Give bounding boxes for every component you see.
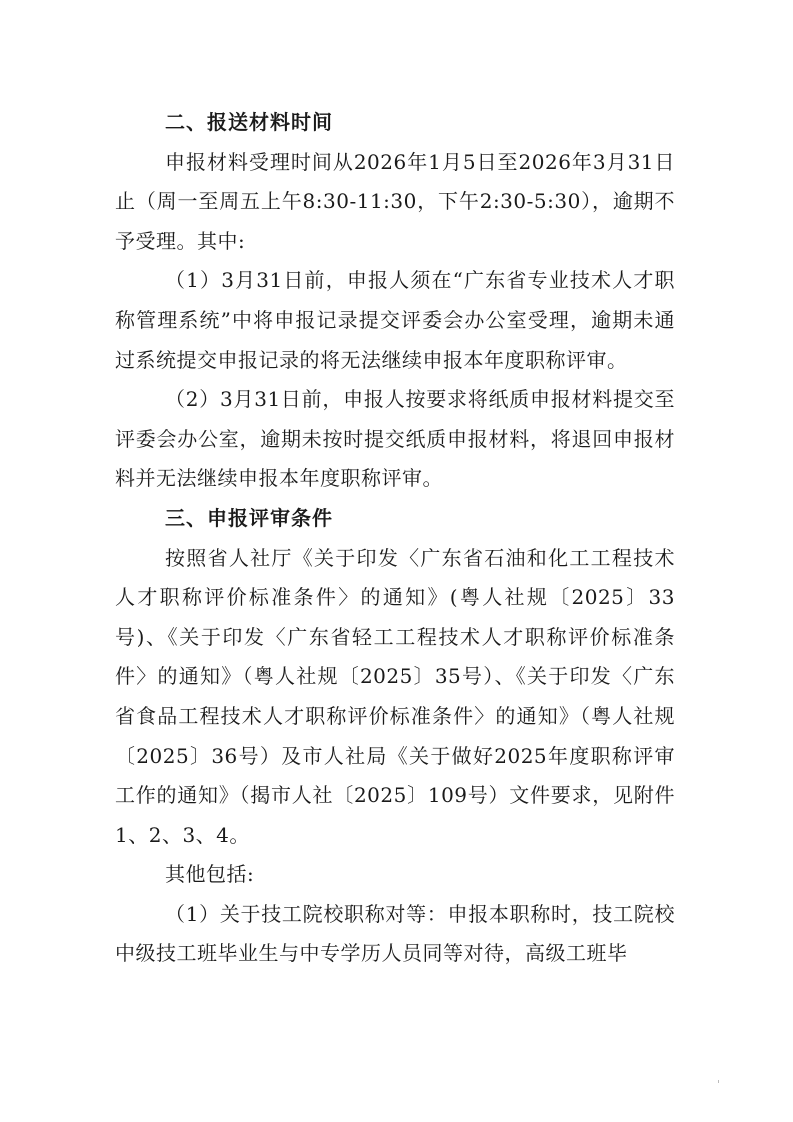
paragraph: 其他包括: <box>115 855 675 895</box>
list-item: （1）3月31日前，申报人须在“广东省专业技术人才职称管理系统”中将申报记录提交… <box>115 261 675 380</box>
list-item: （1）关于技工院校职称对等：申报本职称时，技工院校中级技工班毕业生与中专学历人员… <box>115 895 675 974</box>
scan-speck <box>718 1080 719 1083</box>
document-page: 二、报送材料时间 申报材料受理时间从2026年1月5日至2026年3月31日止（… <box>115 103 675 974</box>
paragraph: 申报材料受理时间从2026年1月5日至2026年3月31日止（周一至周五上午8:… <box>115 143 675 262</box>
paragraph: 按照省人社厅《关于印发〈广东省石油和化工工程技术人才职称评价标准条件〉的通知》(… <box>115 539 675 856</box>
section-heading: 三、申报评审条件 <box>115 499 675 539</box>
section-heading: 二、报送材料时间 <box>115 103 675 143</box>
list-item: （2）3月31日前，申报人按要求将纸质申报材料提交至评委会办公室，逾期未按时提交… <box>115 380 675 499</box>
